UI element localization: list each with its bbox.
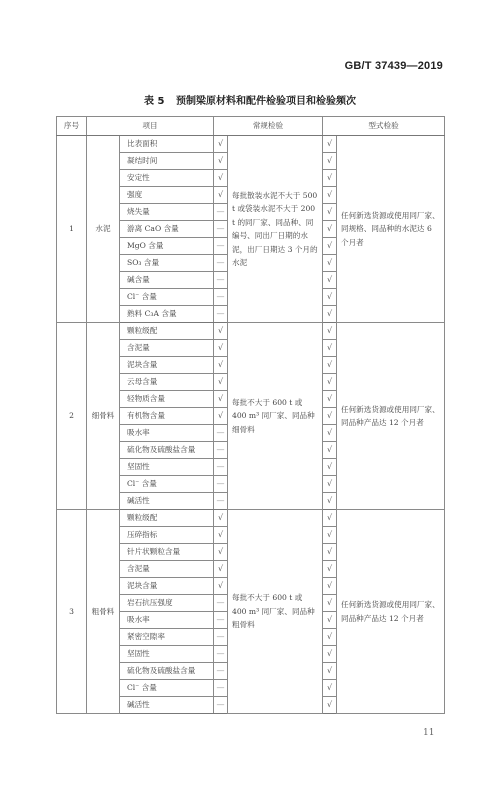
item-name: 游离 CaO 含量	[120, 221, 214, 238]
table-row: 2细骨料颗粒级配√每批不大于 600 t 或 400 m³ 同厂家、同品种细骨料…	[57, 323, 445, 340]
item-name: 坚固性	[120, 646, 214, 663]
item-name: SO₃ 含量	[120, 255, 214, 272]
item-name: 有机物含量	[120, 408, 214, 425]
standard-code: GB/T 37439—2019	[345, 60, 443, 72]
routine-mark: —	[214, 663, 228, 680]
item-name: 压碎指标	[120, 527, 214, 544]
type-mark: √	[323, 408, 337, 425]
item-name: 坚固性	[120, 459, 214, 476]
table-title: 表 5 预制梁原材料和配件检验项目和检验频次	[0, 92, 500, 107]
row-category: 粗骨料	[87, 510, 120, 714]
type-mark: √	[323, 493, 337, 510]
type-mark: √	[323, 612, 337, 629]
item-name: 岩石抗压强度	[120, 595, 214, 612]
type-mark: √	[323, 272, 337, 289]
col-header-seq: 序号	[57, 117, 87, 136]
routine-mark: —	[214, 697, 228, 714]
item-name: 碱活性	[120, 697, 214, 714]
routine-mark: √	[214, 561, 228, 578]
item-name: 吸水率	[120, 612, 214, 629]
item-name: 硫化物及硫酸盐含量	[120, 442, 214, 459]
table-body: 1水泥比表面积√每批散装水泥不大于 500 t 或袋装水泥不大于 200 t 的…	[57, 136, 445, 714]
type-mark: √	[323, 425, 337, 442]
routine-mark: —	[214, 680, 228, 697]
item-name: 含泥量	[120, 340, 214, 357]
routine-mark: √	[214, 170, 228, 187]
row-seq: 2	[57, 323, 87, 510]
item-name: 硫化物及硫酸盐含量	[120, 663, 214, 680]
item-name: 安定性	[120, 170, 214, 187]
type-mark: √	[323, 561, 337, 578]
type-frequency: 任何新选货源或使用同厂家、同规格、同品种的水泥达 6 个月者	[337, 136, 445, 323]
item-name: 熟料 C₃A 含量	[120, 306, 214, 323]
item-name: 比表面积	[120, 136, 214, 153]
type-mark: √	[323, 391, 337, 408]
type-mark: √	[323, 459, 337, 476]
routine-mark: —	[214, 646, 228, 663]
routine-mark: √	[214, 578, 228, 595]
item-name: 泥块含量	[120, 578, 214, 595]
type-mark: √	[323, 170, 337, 187]
type-mark: √	[323, 663, 337, 680]
routine-mark: √	[214, 544, 228, 561]
table-row: 1水泥比表面积√每批散装水泥不大于 500 t 或袋装水泥不大于 200 t 的…	[57, 136, 445, 153]
type-mark: √	[323, 187, 337, 204]
routine-frequency: 每批不大于 600 t 或 400 m³ 同厂家、同品种粗骨料	[228, 510, 323, 714]
item-name: 强度	[120, 187, 214, 204]
item-name: 泥块含量	[120, 357, 214, 374]
row-seq: 3	[57, 510, 87, 714]
item-name: 颗粒级配	[120, 510, 214, 527]
type-frequency: 任何新选货源或使用同厂家、同品种产品达 12 个月者	[337, 510, 445, 714]
page-number: 11	[423, 728, 434, 738]
type-mark: √	[323, 578, 337, 595]
type-mark: √	[323, 476, 337, 493]
routine-mark: √	[214, 391, 228, 408]
type-mark: √	[323, 204, 337, 221]
routine-mark: —	[214, 476, 228, 493]
type-mark: √	[323, 289, 337, 306]
routine-mark: —	[214, 629, 228, 646]
table-row: 3粗骨料颗粒级配√每批不大于 600 t 或 400 m³ 同厂家、同品种粗骨料…	[57, 510, 445, 527]
routine-mark: —	[214, 289, 228, 306]
routine-mark: √	[214, 510, 228, 527]
routine-mark: —	[214, 306, 228, 323]
routine-mark: —	[214, 272, 228, 289]
routine-mark: —	[214, 459, 228, 476]
item-name: MgO 含量	[120, 238, 214, 255]
item-name: 吸水率	[120, 425, 214, 442]
item-name: 颗粒级配	[120, 323, 214, 340]
col-header-routine: 常规检验	[214, 117, 323, 136]
item-name: 碱含量	[120, 272, 214, 289]
item-name: 烧失量	[120, 204, 214, 221]
type-mark: √	[323, 442, 337, 459]
type-mark: √	[323, 629, 337, 646]
item-name: Cl⁻ 含量	[120, 476, 214, 493]
item-name: 凝结时间	[120, 153, 214, 170]
routine-frequency: 每批不大于 600 t 或 400 m³ 同厂家、同品种细骨料	[228, 323, 323, 510]
row-seq: 1	[57, 136, 87, 323]
item-name: 云母含量	[120, 374, 214, 391]
type-mark: √	[323, 374, 337, 391]
type-mark: √	[323, 357, 337, 374]
type-mark: √	[323, 238, 337, 255]
type-mark: √	[323, 323, 337, 340]
routine-frequency: 每批散装水泥不大于 500 t 或袋装水泥不大于 200 t 的同厂家、同品种、…	[228, 136, 323, 323]
routine-mark: √	[214, 187, 228, 204]
routine-mark: —	[214, 204, 228, 221]
inspection-table: 序号 项目 常规检验 型式检验 1水泥比表面积√每批散装水泥不大于 500 t …	[56, 116, 445, 714]
row-category: 细骨料	[87, 323, 120, 510]
item-name: Cl⁻ 含量	[120, 680, 214, 697]
routine-mark: √	[214, 527, 228, 544]
type-mark: √	[323, 646, 337, 663]
routine-mark: —	[214, 238, 228, 255]
item-name: 轻物质含量	[120, 391, 214, 408]
type-mark: √	[323, 153, 337, 170]
routine-mark: √	[214, 357, 228, 374]
type-mark: √	[323, 306, 337, 323]
routine-mark: —	[214, 221, 228, 238]
type-mark: √	[323, 136, 337, 153]
type-mark: √	[323, 544, 337, 561]
routine-mark: √	[214, 153, 228, 170]
item-name: 紧密空隙率	[120, 629, 214, 646]
routine-mark: √	[214, 323, 228, 340]
col-header-type: 型式检验	[323, 117, 445, 136]
col-header-item: 项目	[87, 117, 214, 136]
type-frequency: 任何新选货源或使用同厂家、同品种产品达 12 个月者	[337, 323, 445, 510]
item-name: 碱活性	[120, 493, 214, 510]
routine-mark: —	[214, 425, 228, 442]
type-mark: √	[323, 221, 337, 238]
item-name: Cl⁻ 含量	[120, 289, 214, 306]
table-header-row: 序号 项目 常规检验 型式检验	[57, 117, 445, 136]
routine-mark: —	[214, 442, 228, 459]
item-name: 针片状颗粒含量	[120, 544, 214, 561]
routine-mark: √	[214, 374, 228, 391]
type-mark: √	[323, 595, 337, 612]
type-mark: √	[323, 510, 337, 527]
item-name: 含泥量	[120, 561, 214, 578]
type-mark: √	[323, 680, 337, 697]
routine-mark: —	[214, 612, 228, 629]
type-mark: √	[323, 527, 337, 544]
table-number: 表 5	[144, 96, 164, 107]
table-caption: 预制梁原材料和配件检验项目和检验频次	[176, 96, 356, 107]
row-category: 水泥	[87, 136, 120, 323]
routine-mark: √	[214, 408, 228, 425]
routine-mark: √	[214, 136, 228, 153]
routine-mark: —	[214, 493, 228, 510]
routine-mark: √	[214, 340, 228, 357]
type-mark: √	[323, 340, 337, 357]
routine-mark: —	[214, 255, 228, 272]
type-mark: √	[323, 697, 337, 714]
type-mark: √	[323, 255, 337, 272]
routine-mark: —	[214, 595, 228, 612]
